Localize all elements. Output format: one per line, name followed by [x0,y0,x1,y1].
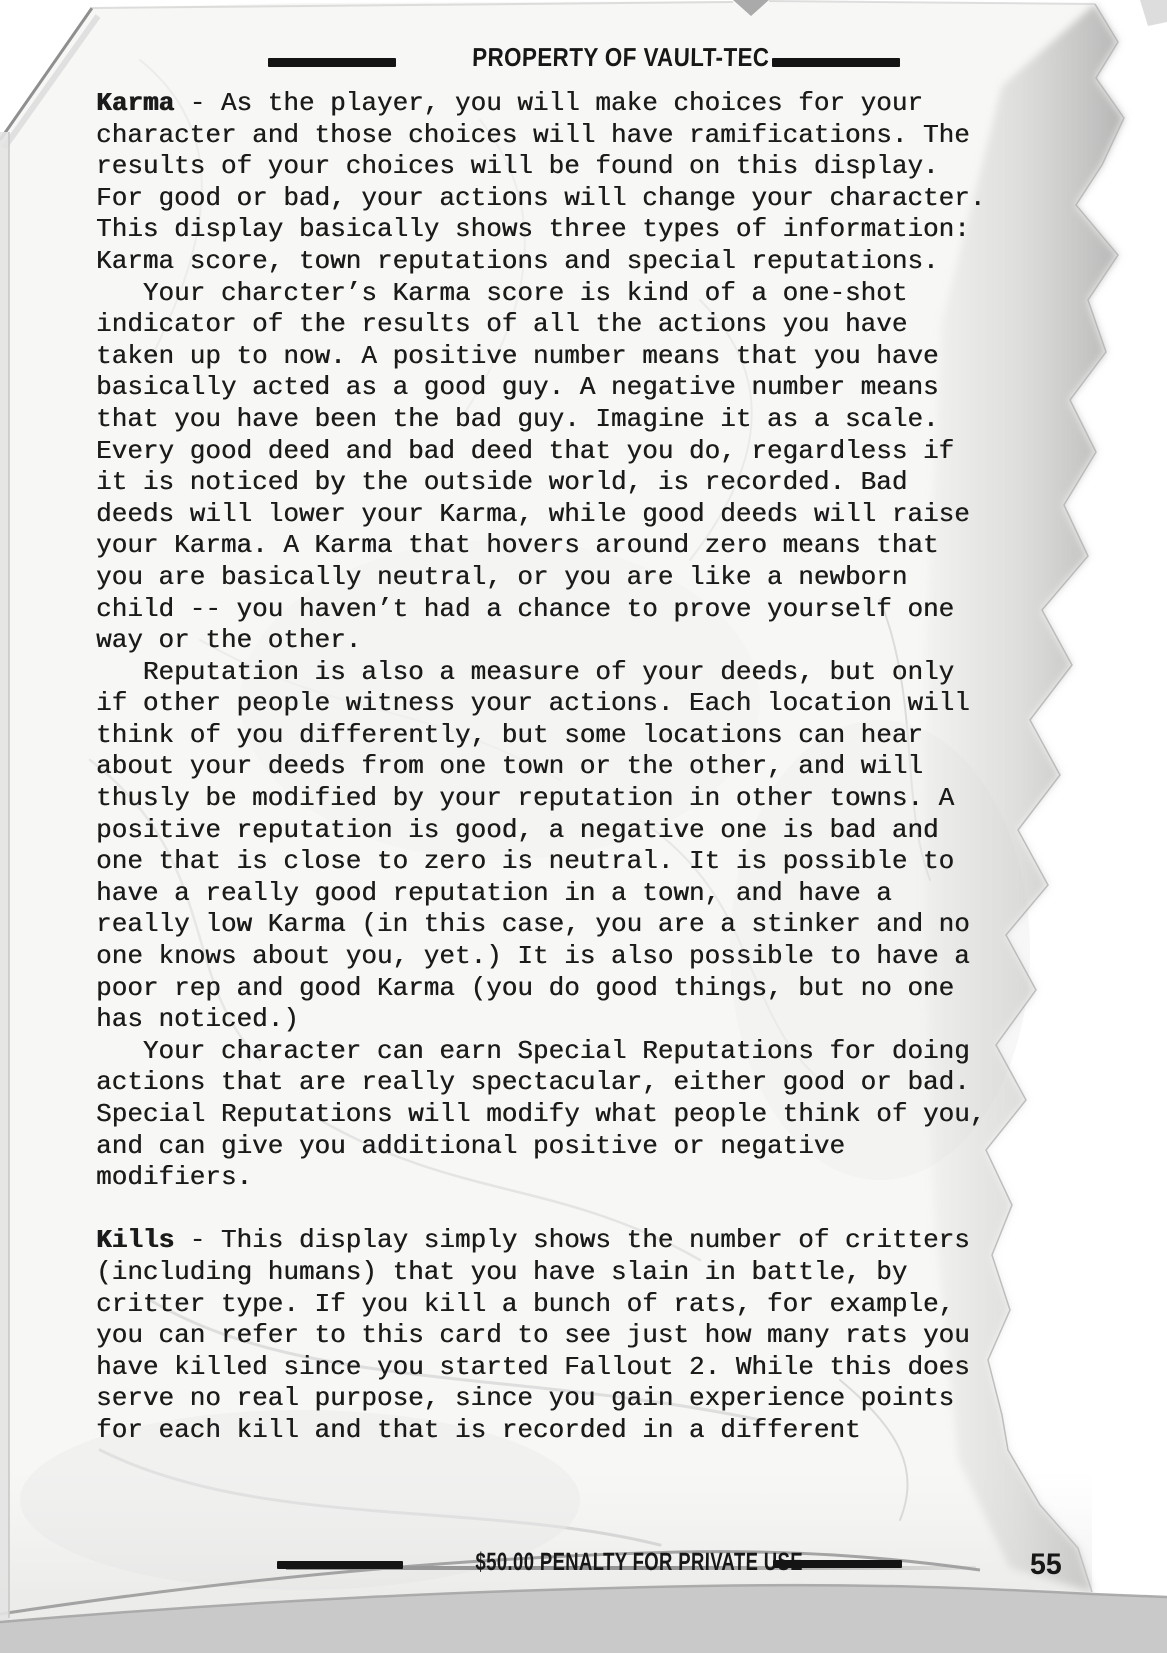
text-line: really low Karma (in this case, you are … [96,909,1036,941]
text-line: thusly be modified by your reputation in… [96,783,1036,815]
text-line: your Karma. A Karma that hovers around z… [96,530,1036,562]
text-line: serve no real purpose, since you gain ex… [96,1383,1036,1415]
text-line: character and those choices will have ra… [96,120,1036,152]
page-header: PROPERTY OF VAULT-TEC [0,0,1167,80]
text-line: Your character can earn Special Reputati… [96,1036,1036,1068]
text-line: basically acted as a good guy. A negativ… [96,372,1036,404]
footer-divider-left [277,1561,403,1569]
text-line: that you have been the bad guy. Imagine … [96,404,1036,436]
text-line: you can refer to this card to see just h… [96,1320,1036,1352]
text-line: it is noticed by the outside world, is r… [96,467,1036,499]
text-line: results of your choices will be found on… [96,151,1036,183]
text-line: Karma - As the player, you will make cho… [96,88,1036,120]
text-line: have killed since you started Fallout 2.… [96,1352,1036,1384]
text-line: poor rep and good Karma (you do good thi… [96,973,1036,1005]
section-heading: Karma [96,88,174,118]
text-line: taken up to now. A positive number means… [96,341,1036,373]
scanned-page: PROPERTY OF VAULT-TEC Karma - As the pla… [0,0,1167,1653]
text-line: Every good deed and bad deed that you do… [96,436,1036,468]
text-line: one that is close to zero is neutral. It… [96,846,1036,878]
footer-penalty-label: $50.00 PENALTY FOR PRIVATE USE [475,1548,803,1577]
section-heading: Kills [96,1225,174,1255]
text-line: This display basically shows three types… [96,214,1036,246]
text-line: indicator of the results of all the acti… [96,309,1036,341]
text-line: modifiers. [96,1162,1036,1194]
text-line: For good or bad, your actions will chang… [96,183,1036,215]
text-line: actions that are really spectacular, eit… [96,1067,1036,1099]
text-line: Karma score, town reputations and specia… [96,246,1036,278]
text-line: one knows about you, yet.) It is also po… [96,941,1036,973]
text-line: and can give you additional positive or … [96,1131,1036,1163]
text-line: critter type. If you kill a bunch of rat… [96,1289,1036,1321]
text-line: think of you differently, but some locat… [96,720,1036,752]
text-line: way or the other. [96,625,1036,657]
text-line: Your charcter’s Karma score is kind of a… [96,278,1036,310]
text-line: Special Reputations will modify what peo… [96,1099,1036,1131]
header-title: PROPERTY OF VAULT-TEC [448,42,720,73]
text-line: for each kill and that is recorded in a … [96,1415,1036,1447]
text-line: you are basically neutral, or you are li… [96,562,1036,594]
header-title-text: PROPERTY OF VAULT-TEC [472,42,770,73]
text-line [96,1194,1036,1226]
footer-penalty-text: $50.00 PENALTY FOR PRIVATE USE [418,1548,756,1577]
header-divider-right [772,58,900,67]
text-line: if other people witness your actions. Ea… [96,688,1036,720]
text-line: child -- you haven’t had a chance to pro… [96,594,1036,626]
footer-divider-right [773,1560,902,1568]
text-line: Reputation is also a measure of your dee… [96,657,1036,689]
text-line: has noticed.) [96,1004,1036,1036]
header-divider-left [268,58,396,67]
text-line: positive reputation is good, a negative … [96,815,1036,847]
page-number: 55 [1030,1548,1062,1582]
text-line: Kills - This display simply shows the nu… [96,1225,1036,1257]
text-line: have a really good reputation in a town,… [96,878,1036,910]
text-line: about your deeds from one town or the ot… [96,751,1036,783]
text-line: deeds will lower your Karma, while good … [96,499,1036,531]
body-text: Karma - As the player, you will make cho… [96,88,1036,1447]
text-line: (including humans) that you have slain i… [96,1257,1036,1289]
